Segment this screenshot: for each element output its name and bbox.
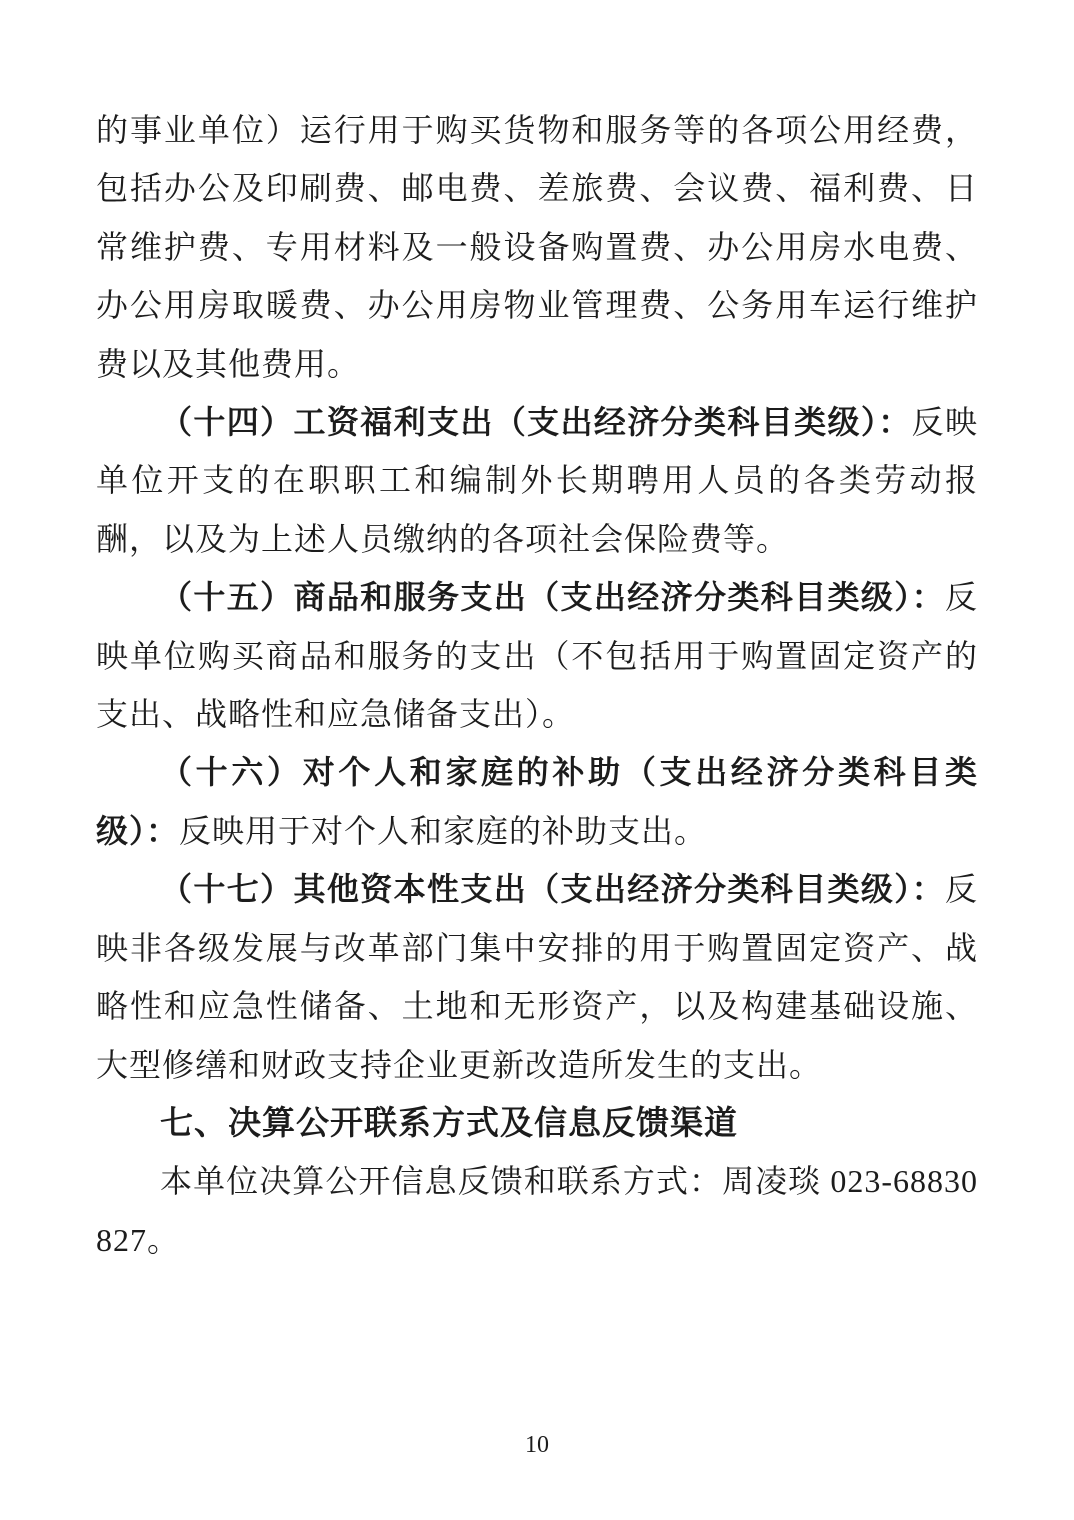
para-contact-info-segment-0: 本单位决算公开信息反馈和联系方式：周凌琰 023-68830827。 [96,1163,978,1257]
para-item-15-goods-services-segment-0: （十五）商品和服务支出（支出经济分类科目类级）： [160,579,945,615]
page-number: 10 [0,1432,1074,1459]
para-item-16-individual-family-subsidy: （十六）对个人和家庭的补助（支出经济分类科目类级）：反映用于对个人和家庭的补助支… [96,743,978,860]
document-body: 的事业单位）运行用于购买货物和服务等的各项公用经费，包括办公及印刷费、邮电费、差… [96,101,978,1269]
heading-section-7-contact: 七、决算公开联系方式及信息反馈渠道 [96,1094,978,1152]
para-item-15-goods-services: （十五）商品和服务支出（支出经济分类科目类级）：反映单位购买商品和服务的支出（不… [96,568,978,743]
para-item-17-other-capital-expenditure: （十七）其他资本性支出（支出经济分类科目类级）：反映非各级发展与改革部门集中安排… [96,860,978,1094]
para-public-funds-continuation: 的事业单位）运行用于购买货物和服务等的各项公用经费，包括办公及印刷费、邮电费、差… [96,101,978,393]
para-item-14-wage-welfare-segment-0: （十四）工资福利支出（支出经济分类科目类级）： [160,404,912,440]
heading-section-7-contact-segment-0: 七、决算公开联系方式及信息反馈渠道 [160,1104,738,1141]
para-item-17-other-capital-expenditure-segment-0: （十七）其他资本性支出（支出经济分类科目类级）： [160,871,945,907]
document-page: 的事业单位）运行用于购买货物和服务等的各项公用经费，包括办公及印刷费、邮电费、差… [0,0,1074,1520]
para-item-16-individual-family-subsidy-segment-1: 反映用于对个人和家庭的补助支出。 [179,813,707,849]
para-public-funds-continuation-segment-0: 的事业单位）运行用于购买货物和服务等的各项公用经费，包括办公及印刷费、邮电费、差… [96,112,978,382]
para-contact-info: 本单位决算公开信息反馈和联系方式：周凌琰 023-68830827。 [96,1152,978,1269]
para-item-14-wage-welfare: （十四）工资福利支出（支出经济分类科目类级）：反映单位开支的在职职工和编制外长期… [96,393,978,568]
